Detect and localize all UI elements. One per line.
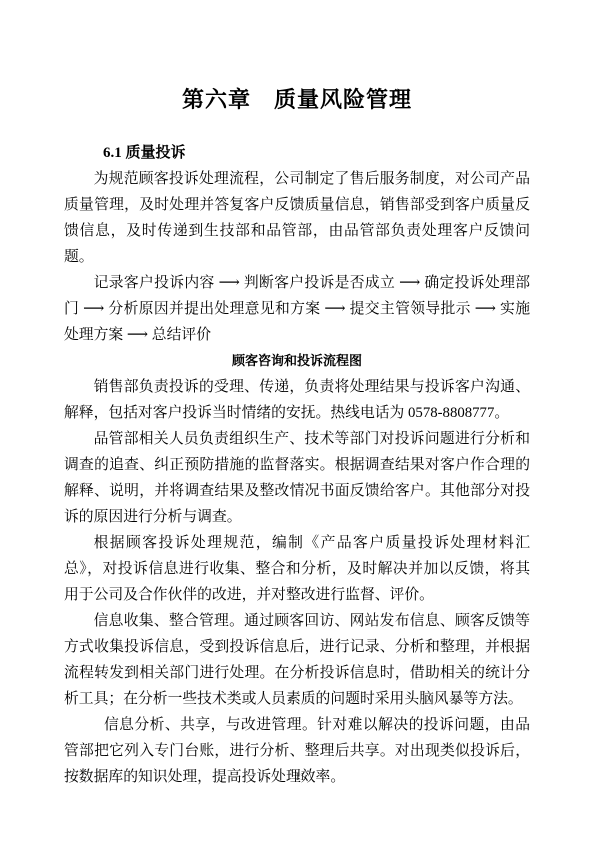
section-heading: 6.1 质量投诉 [64, 140, 530, 166]
paragraph-material-summary: 根据顾客投诉处理规范，编制《产品客户质量投诉处理材料汇总》，对投诉信息进行收集、… [64, 530, 530, 608]
paragraph-sales-dept: 销售部负责投诉的受理、传递，负责将处理结果与投诉客户沟通、解释，包括对客户投诉当… [64, 374, 530, 426]
paragraph-quality-dept: 品管部相关人员负责组织生产、技术等部门对投诉问题进行分析和调查的追查、纠正预防措… [64, 426, 530, 530]
chapter-title: 第六章 质量风险管理 [64, 86, 530, 114]
figure-caption: 顾客咨询和投诉流程图 [64, 348, 530, 374]
complaint-flow: 记录客户投诉内容 ⟶ 判断客户投诉是否成立 ⟶ 确定投诉处理部门 ⟶ 分析原因并… [64, 270, 530, 348]
page-number: 11 [0, 771, 600, 785]
document-page: 第六章 质量风险管理 6.1 质量投诉 为规范顾客投诉处理流程，公司制定了售后服… [0, 0, 600, 848]
paragraph-info-collection: 信息收集、整合管理。通过顾客回访、网站发布信息、顾客反馈等方式收集投诉信息，受到… [64, 608, 530, 712]
paragraph-intro: 为规范顾客投诉处理流程，公司制定了售后服务制度，对公司产品质量管理，及时处理并答… [64, 166, 530, 270]
